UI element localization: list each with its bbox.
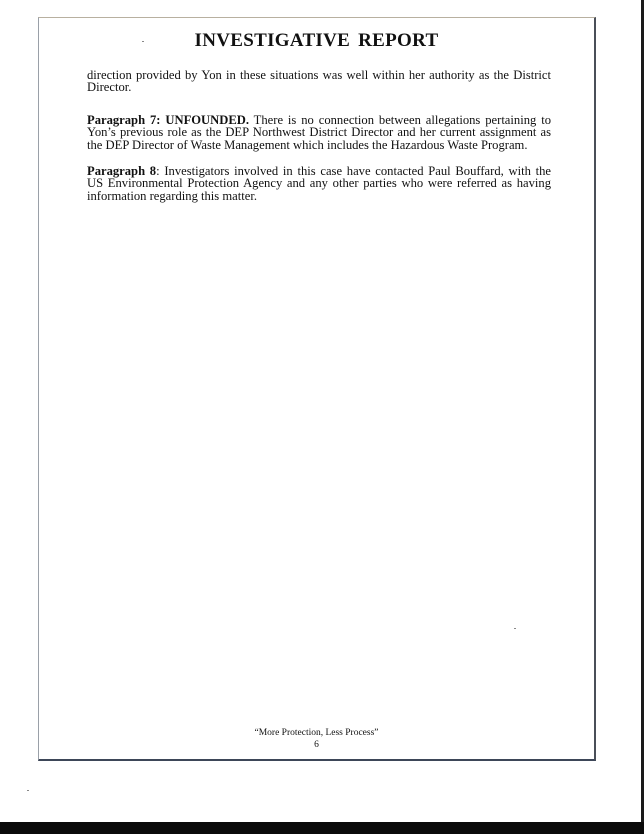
scan-speck	[514, 628, 516, 629]
page-frame: INVESTIGATIVE REPORT direction provided …	[38, 17, 596, 761]
paragraph-7: Paragraph 7: UNFOUNDED. There is no conn…	[87, 114, 551, 151]
page-number: 6	[39, 739, 594, 751]
page-footer: “More Protection, Less Process” 6	[39, 727, 594, 751]
page-title: INVESTIGATIVE REPORT	[39, 30, 594, 52]
footer-motto: “More Protection, Less Process”	[39, 727, 594, 739]
paragraph-8: Paragraph 8: Investigators involved in t…	[87, 165, 551, 202]
paragraph-continuation: direction provided by Yon in these situa…	[87, 69, 551, 94]
scan-speck	[142, 41, 144, 42]
scan-bottom-bar	[0, 822, 644, 834]
scan-speck	[27, 790, 29, 791]
paragraph-text: : Investigators involved in this case ha…	[87, 164, 551, 203]
paragraph-text: direction provided by Yon in these situa…	[87, 68, 551, 94]
